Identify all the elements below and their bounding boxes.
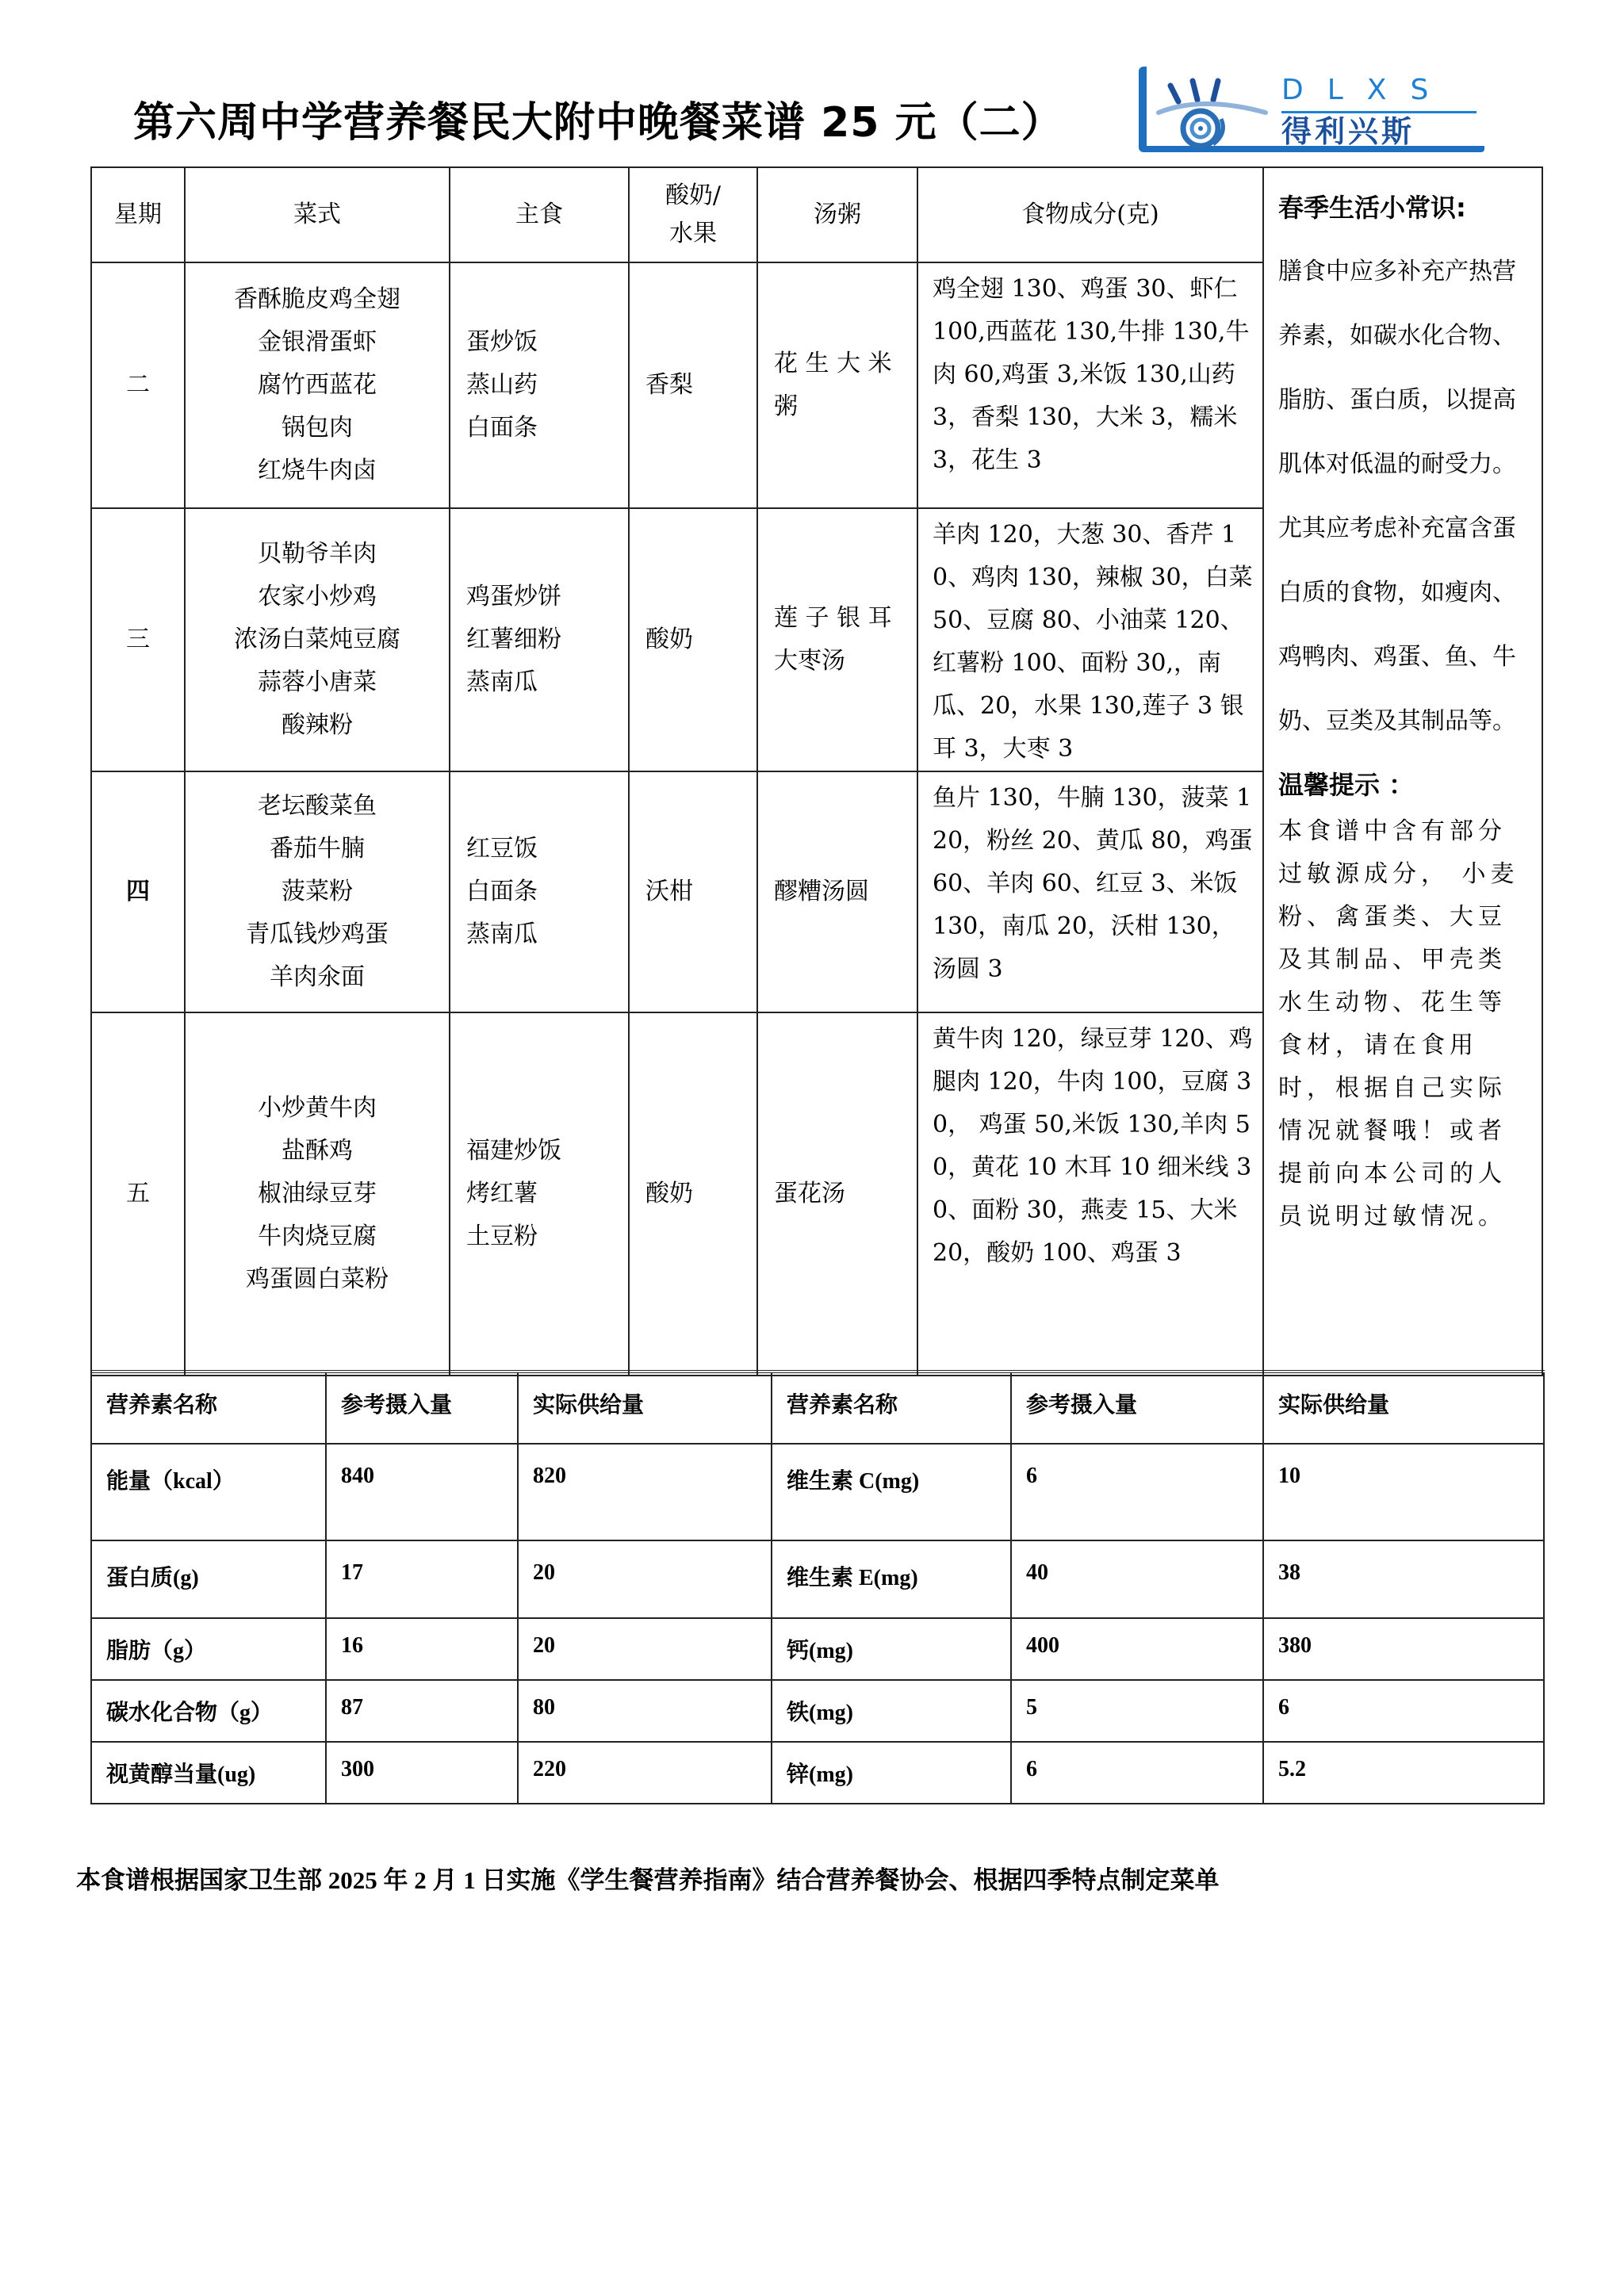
header-nutrient-name-2: 营养素名称 — [772, 1372, 1011, 1444]
sidebar-tips-cell: 春季生活小常识: 膳食中应多补充产热营养素，如碳水化合物、脂肪、蛋白质，以提高肌… — [1263, 167, 1542, 1376]
nutrient-name: 维生素 C(mg) — [772, 1444, 1011, 1540]
reference-intake: 40 — [1011, 1540, 1263, 1618]
nutrition-row: 视黄醇当量(ug) 300 220 锌(mg) 6 5.2 — [91, 1742, 1544, 1804]
header-reference-intake-2: 参考摄入量 — [1011, 1372, 1263, 1444]
header-actual-supply-2: 实际供给量 — [1263, 1372, 1544, 1444]
logo-letters: DLXS — [1281, 75, 1472, 106]
fruit-cell: 酸奶 — [629, 508, 757, 771]
nutrition-header-row: 营养素名称 参考摄入量 实际供给量 营养素名称 参考摄入量 实际供给量 — [91, 1372, 1544, 1444]
staple-cell: 鸡蛋炒饼红薯细粉蒸南瓜 — [450, 508, 629, 771]
actual-supply: 6 — [1263, 1680, 1544, 1742]
weekday-cell: 三 — [91, 508, 185, 771]
soup-cell: 花 生 大 米 粥 — [757, 262, 917, 508]
nutrient-name: 铁(mg) — [772, 1680, 1011, 1742]
reference-intake: 16 — [326, 1618, 518, 1680]
nutrient-name: 能量（kcal） — [91, 1444, 326, 1540]
dishes-cell: 小炒黄牛肉盐酥鸡椒油绿豆芽牛肉烧豆腐鸡蛋圆白菜粉 — [185, 1012, 450, 1376]
weekday-cell: 二 — [91, 262, 185, 508]
weekly-menu-table: 星期 菜式 主食 酸奶/ 水果 汤粥 食物成分(克) 春季生活小常识: 膳食中应… — [90, 166, 1543, 1376]
nutrient-name: 锌(mg) — [772, 1742, 1011, 1804]
actual-supply: 220 — [518, 1742, 772, 1804]
header-dishes: 菜式 — [185, 167, 450, 262]
dishes-cell: 老坛酸菜鱼番茄牛腩菠菜粉青瓜钱炒鸡蛋羊肉氽面 — [185, 771, 450, 1012]
fruit-cell: 沃柑 — [629, 771, 757, 1012]
actual-supply: 5.2 — [1263, 1742, 1544, 1804]
nutrient-name: 视黄醇当量(ug) — [91, 1742, 326, 1804]
soup-cell: 蛋花汤 — [757, 1012, 917, 1376]
soup-cell: 醪糟汤圆 — [757, 771, 917, 1012]
actual-supply: 20 — [518, 1540, 772, 1618]
logo-frame-bar — [1139, 67, 1147, 152]
reference-intake: 300 — [326, 1742, 518, 1804]
header-actual-supply: 实际供给量 — [518, 1372, 772, 1444]
actual-supply: 20 — [518, 1618, 772, 1680]
company-logo: DLXS 得利兴斯 — [1136, 63, 1492, 159]
header-reference-intake: 参考摄入量 — [326, 1372, 518, 1444]
nutrition-row: 脂肪（g） 16 20 钙(mg) 400 380 — [91, 1618, 1544, 1680]
eye-swirl-icon — [1155, 71, 1274, 151]
reference-intake: 400 — [1011, 1618, 1263, 1680]
dishes-cell: 香酥脆皮鸡全翅金银滑蛋虾腐竹西蓝花锅包肉红烧牛肉卤 — [185, 262, 450, 508]
actual-supply: 38 — [1263, 1540, 1544, 1618]
header-soup: 汤粥 — [757, 167, 917, 262]
nutrition-row: 能量（kcal） 840 820 维生素 C(mg) 6 10 — [91, 1444, 1544, 1540]
nutrition-row: 蛋白质(g) 17 20 维生素 E(mg) 40 38 — [91, 1540, 1544, 1618]
staple-cell: 红豆饭白面条蒸南瓜 — [450, 771, 629, 1012]
nutrient-name: 维生素 E(mg) — [772, 1540, 1011, 1618]
dishes-cell: 贝勒爷羊肉农家小炒鸡浓汤白菜炖豆腐蒜蓉小唐菜酸辣粉 — [185, 508, 450, 771]
tips-title: 春季生活小常识: — [1278, 176, 1534, 239]
nutrition-table: 营养素名称 参考摄入量 实际供给量 营养素名称 参考摄入量 实际供给量 能量（k… — [90, 1370, 1545, 1804]
header-yogurt-fruit: 酸奶/ 水果 — [629, 167, 757, 262]
reference-intake: 6 — [1011, 1444, 1263, 1540]
fruit-cell: 酸奶 — [629, 1012, 757, 1376]
page-title: 第六周中学营养餐民大附中晚餐菜谱 25 元（二） — [133, 89, 1063, 148]
header-staple: 主食 — [450, 167, 629, 262]
ingredients-cell: 羊肉 120，大葱 30、香芹 10、鸡肉 130，辣椒 30，白菜 50、豆腐… — [917, 508, 1263, 771]
ingredients-cell: 黄牛肉 120，绿豆芽 120、鸡腿肉 120，牛肉 100，豆腐 30， 鸡蛋… — [917, 1012, 1263, 1376]
nutrient-name: 脂肪（g） — [91, 1618, 326, 1680]
reference-intake: 6 — [1011, 1742, 1263, 1804]
nutrition-row: 碳水化合物（g） 87 80 铁(mg) 5 6 — [91, 1680, 1544, 1742]
header-weekday: 星期 — [91, 167, 185, 262]
header-nutrient-name: 营养素名称 — [91, 1372, 326, 1444]
weekday-cell: 四 — [91, 771, 185, 1012]
warning-body: 本食谱中含有部分过敏源成分， 小麦粉、禽蛋类、大豆及其制品、甲壳类水生动物、花生… — [1278, 810, 1534, 1238]
menu-header-row: 星期 菜式 主食 酸奶/ 水果 汤粥 食物成分(克) 春季生活小常识: 膳食中应… — [91, 167, 1542, 262]
actual-supply: 380 — [1263, 1618, 1544, 1680]
reference-intake: 840 — [326, 1444, 518, 1540]
nutrient-name: 钙(mg) — [772, 1618, 1011, 1680]
reference-intake: 87 — [326, 1680, 518, 1742]
logo-underline — [1281, 111, 1477, 113]
ingredients-cell: 鸡全翅 130、鸡蛋 30、虾仁 100,西蓝花 130,牛排 130,牛肉 6… — [917, 262, 1263, 508]
tips-body: 膳食中应多补充产热营养素，如碳水化合物、脂肪、蛋白质，以提高肌体对低温的耐受力。… — [1278, 239, 1534, 753]
ingredients-cell: 鱼片 130，牛腩 130，菠菜 120，粉丝 20、黄瓜 80，鸡蛋 60、羊… — [917, 771, 1263, 1012]
header-ingredients: 食物成分(克) — [917, 167, 1263, 262]
reference-intake: 17 — [326, 1540, 518, 1618]
staple-cell: 蛋炒饭蒸山药白面条 — [450, 262, 629, 508]
nutrient-name: 蛋白质(g) — [91, 1540, 326, 1618]
actual-supply: 10 — [1263, 1444, 1544, 1540]
footer-note: 本食谱根据国家卫生部 2025 年 2 月 1 日实施《学生餐营养指南》结合营养… — [76, 1860, 1220, 1896]
fruit-cell: 香梨 — [629, 262, 757, 508]
nutrient-name: 碳水化合物（g） — [91, 1680, 326, 1742]
actual-supply: 820 — [518, 1444, 772, 1540]
staple-cell: 福建炒饭烤红薯土豆粉 — [450, 1012, 629, 1376]
warning-title: 温馨提示 ： — [1278, 760, 1534, 810]
soup-cell: 莲 子 银 耳 大枣汤 — [757, 508, 917, 771]
reference-intake: 5 — [1011, 1680, 1263, 1742]
logo-company-name: 得利兴斯 — [1281, 114, 1415, 149]
weekday-cell: 五 — [91, 1012, 185, 1376]
actual-supply: 80 — [518, 1680, 772, 1742]
